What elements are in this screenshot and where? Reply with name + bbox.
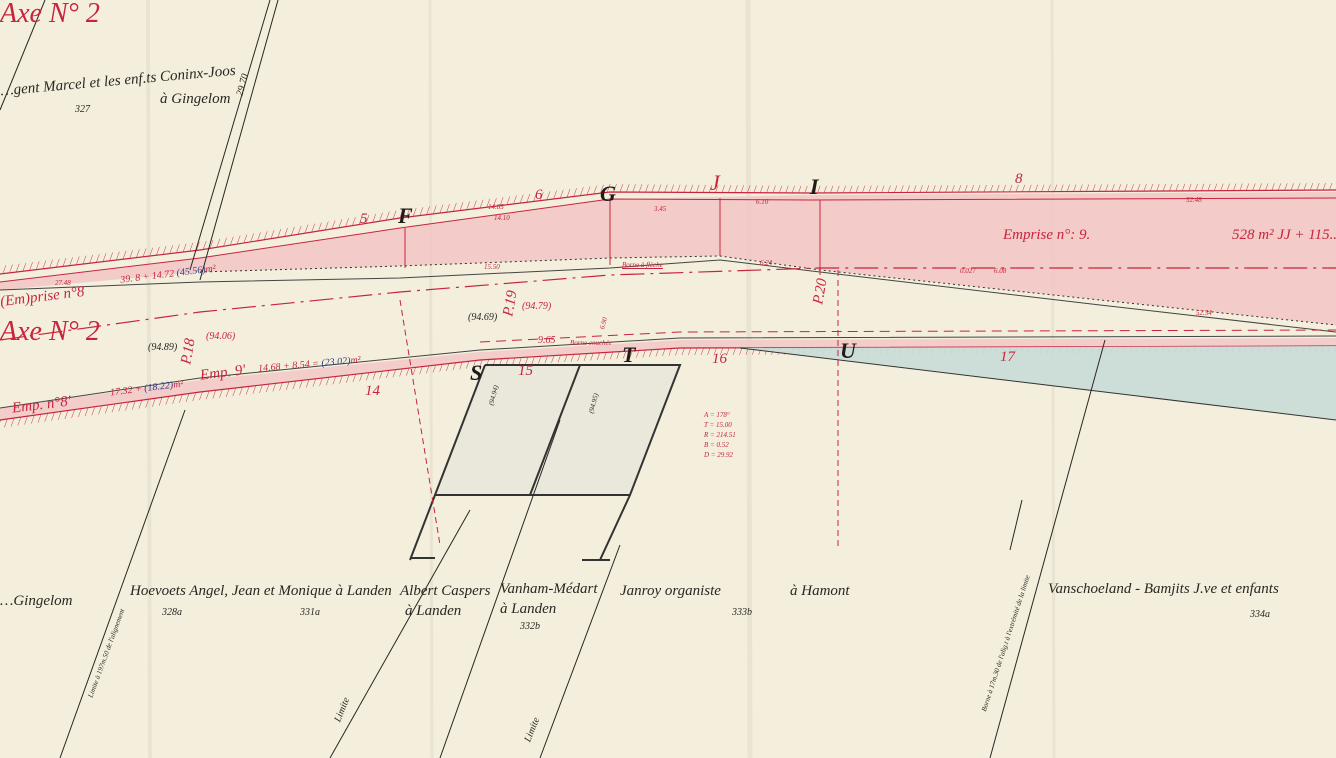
owner-gingelom: …Gingelom: [0, 594, 73, 609]
emprise-9-area: 528 m² JJ + 115.…: [1232, 228, 1336, 243]
point-F: F: [398, 205, 413, 227]
owner-vanschoeland: Vanschoeland - Bamjits J.ve et enfants: [1048, 582, 1279, 597]
owner-hoevoets: Hoevoets Angel, Jean et Monique à Landen: [130, 584, 392, 599]
measure-arrow-a: 0.027: [960, 268, 976, 275]
parcel-16: 16: [712, 352, 727, 367]
owner-caspers-place: à Landen: [405, 604, 461, 619]
parcel-5: 5: [360, 212, 368, 227]
measure-top-left: 27.48: [55, 280, 71, 287]
elev-94-06: (94.06): [206, 332, 235, 342]
curve-T: T = 15.00: [704, 422, 732, 429]
point-U: U: [840, 340, 856, 362]
measure-arrow-b: 6.08: [994, 268, 1006, 275]
point-G: G: [600, 183, 616, 205]
parcel-328a: 328a: [162, 608, 182, 618]
elev-94-69: (94.69): [468, 313, 497, 323]
curve-A: A = 178°: [704, 412, 730, 419]
owner-coninx-place: à Gingelom: [160, 92, 230, 107]
owner-janroy-place: à Hamont: [790, 584, 850, 599]
point-S: S: [470, 362, 482, 384]
parcel-8: 8: [1015, 172, 1023, 187]
owner-vanham-place: à Landen: [500, 602, 556, 617]
measure-top-right: 52.48: [1186, 197, 1202, 204]
curve-R: R = 214.51: [704, 432, 736, 439]
point-I: I: [810, 176, 819, 198]
owner-caspers: Albert Caspers: [400, 584, 490, 599]
parcel-333b: 333b: [732, 608, 752, 618]
parcel-327: 327: [75, 105, 90, 115]
measure-bottom-right: 52.54: [1196, 310, 1212, 317]
point-T: T: [622, 344, 635, 366]
parcel-14: 14: [365, 384, 380, 399]
measure-fg-bottom: 14.10: [494, 215, 510, 222]
parcel-15: 15: [518, 364, 533, 379]
owner-janroy: Janroy organiste: [620, 584, 721, 599]
parcel-331a: 331a: [300, 608, 320, 618]
axis-title: Axe N° 2: [0, 0, 100, 28]
parcel-17: 17: [1000, 350, 1015, 365]
curve-B: B = 0.52: [704, 442, 729, 449]
borne-couchee: Borne couchée: [570, 340, 612, 347]
curve-D: D = 29.92: [704, 452, 733, 459]
owner-vanham: Vanham-Médart: [500, 582, 598, 597]
measure-j-off: 6.10: [756, 199, 768, 206]
measure-seg-mid: 6.24: [760, 260, 772, 267]
parcel-332b: 332b: [520, 622, 540, 632]
borne-a-fleche: Borne à flèche: [622, 262, 663, 269]
parcel-334a: 334a: [1250, 610, 1270, 620]
measure-fg-top: 14.85: [488, 204, 504, 211]
elev-94-89: (94.89): [148, 343, 177, 353]
measure-axis-seg: 15.50: [484, 264, 500, 271]
parcel-6: 6: [535, 188, 543, 203]
emprise-9-band: [0, 192, 1336, 325]
measure-g-right: 3.45: [654, 206, 666, 213]
axis-title-label: Axe N° 2: [0, 318, 100, 346]
measure-bottom-seg: 9.65: [538, 336, 556, 346]
point-J: J: [710, 172, 720, 194]
elev-94-79: (94.79): [522, 302, 551, 312]
emprise-9-label: Emprise n°: 9.: [1003, 228, 1090, 243]
